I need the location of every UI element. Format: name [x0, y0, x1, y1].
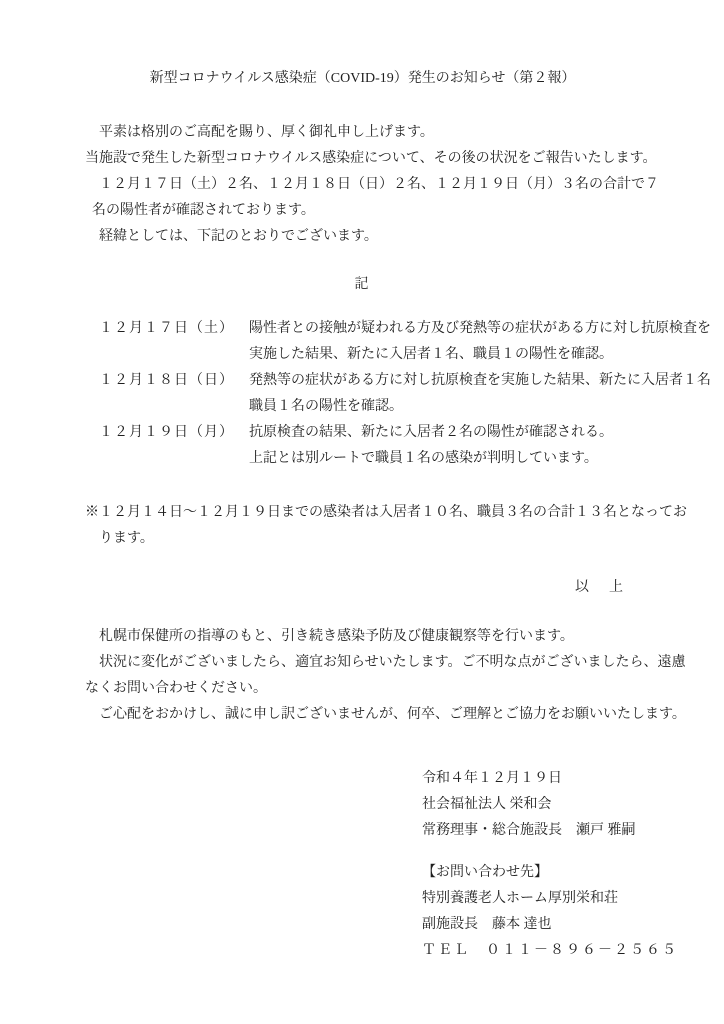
timeline-date: １２月１８日（日） [85, 368, 249, 420]
text-line: 経緯としては、下記のとおりでございます。 [85, 224, 640, 250]
timeline-date: １２月１９日（月） [85, 420, 249, 472]
timeline-entry: １２月１７日（土） 陽性者との接触が疑われる方及び発熱等の症状がある方に対し抗原… [85, 316, 640, 368]
contact-block: 【お問い合わせ先】 特別養護老人ホーム厚別栄和荘 副施設長 藤本 達也 ＴＥＬ … [422, 860, 640, 964]
text-line: 平素は格別のご高配を賜り、厚く御礼申し上げます。 [85, 120, 640, 146]
signature-block: 令和４年１２月１９日 社会福祉法人 栄和会 常務理事・総合施設長 瀬戸 雅嗣 [422, 766, 640, 844]
signature-representative: 常務理事・総合施設長 瀬戸 雅嗣 [422, 818, 640, 844]
text-line: ります。 [85, 526, 640, 552]
timeline-date: １２月１７日（土） [85, 316, 249, 368]
signature-organization: 社会福祉法人 栄和会 [422, 792, 640, 818]
text-line: 職員１名の陽性を確認。 [249, 394, 711, 420]
timeline-section: １２月１７日（土） 陽性者との接触が疑われる方及び発熱等の症状がある方に対し抗原… [85, 316, 640, 472]
text-line: 抗原検査の結果、新たに入居者２名の陽性が確認される。 [249, 420, 640, 446]
text-line: なくお問い合わせください。 [85, 676, 640, 702]
timeline-entry: １２月１９日（月） 抗原検査の結果、新たに入居者２名の陽性が確認される。 上記と… [85, 420, 640, 472]
timeline-description: 発熱等の症状がある方に対し抗原検査を実施した結果、新たに入居者１名 職員１名の陽… [249, 368, 711, 420]
text-line: 実施した結果、新たに入居者１名、職員１の陽性を確認。 [249, 342, 711, 368]
notice-document-page: 新型コロナウイルス感染症（COVID-19）発生のお知らせ（第２報） 平素は格別… [0, 0, 724, 1024]
text-line: 札幌市保健所の指導のもと、引き続き感染予防及び健康観察等を行います。 [85, 624, 640, 650]
text-line: ※１２月１４日～１２月１９日までの感染者は入居者１０名、職員３名の合計１３名とな… [85, 500, 640, 526]
signature-date: 令和４年１２月１９日 [422, 766, 640, 792]
text-line: 発熱等の症状がある方に対し抗原検査を実施した結果、新たに入居者１名 [249, 368, 711, 394]
intro-section: 平素は格別のご高配を賜り、厚く御礼申し上げます。 当施設で発生した新型コロナウイ… [85, 120, 640, 250]
contact-person: 副施設長 藤本 達也 [422, 912, 640, 938]
record-heading: 記 [85, 272, 640, 298]
timeline-entry: １２月１８日（日） 発熱等の症状がある方に対し抗原検査を実施した結果、新たに入居… [85, 368, 640, 420]
timeline-description: 陽性者との接触が疑われる方及び発熱等の症状がある方に対し抗原検査を 実施した結果… [249, 316, 711, 368]
contact-tel: ＴＥＬ ０１１－８９６－２５６５ [422, 938, 640, 964]
text-line: ご心配をおかけし、誠に申し訳ございませんが、何卒、ご理解とご協力をお願いいたしま… [85, 702, 640, 728]
timeline-description: 抗原検査の結果、新たに入居者２名の陽性が確認される。 上記とは別ルートで職員１名… [249, 420, 640, 472]
text-line: 状況に変化がございましたら、適宜お知らせいたします。ご不明な点がございましたら、… [85, 650, 640, 676]
summary-note: ※１２月１４日～１２月１９日までの感染者は入居者１０名、職員３名の合計１３名とな… [85, 500, 640, 552]
text-line: 名の陽性者が確認されております。 [85, 198, 640, 224]
text-line: 当施設で発生した新型コロナウイルス感染症について、その後の状況をご報告いたします… [85, 146, 640, 172]
text-line: 陽性者との接触が疑われる方及び発熱等の症状がある方に対し抗原検査を [249, 316, 711, 342]
text-line: １２月１７日（土）２名、１２月１８日（日）２名、１２月１９日（月）３名の合計で７ [85, 172, 640, 198]
closing-mark: 以 上 [85, 575, 640, 601]
contact-heading: 【お問い合わせ先】 [422, 860, 640, 886]
document-title: 新型コロナウイルス感染症（COVID-19）発生のお知らせ（第２報） [85, 66, 640, 92]
text-line: 上記とは別ルートで職員１名の感染が判明しています。 [249, 446, 640, 472]
followup-section: 札幌市保健所の指導のもと、引き続き感染予防及び健康観察等を行います。 状況に変化… [85, 624, 640, 728]
contact-facility: 特別養護老人ホーム厚別栄和荘 [422, 886, 640, 912]
